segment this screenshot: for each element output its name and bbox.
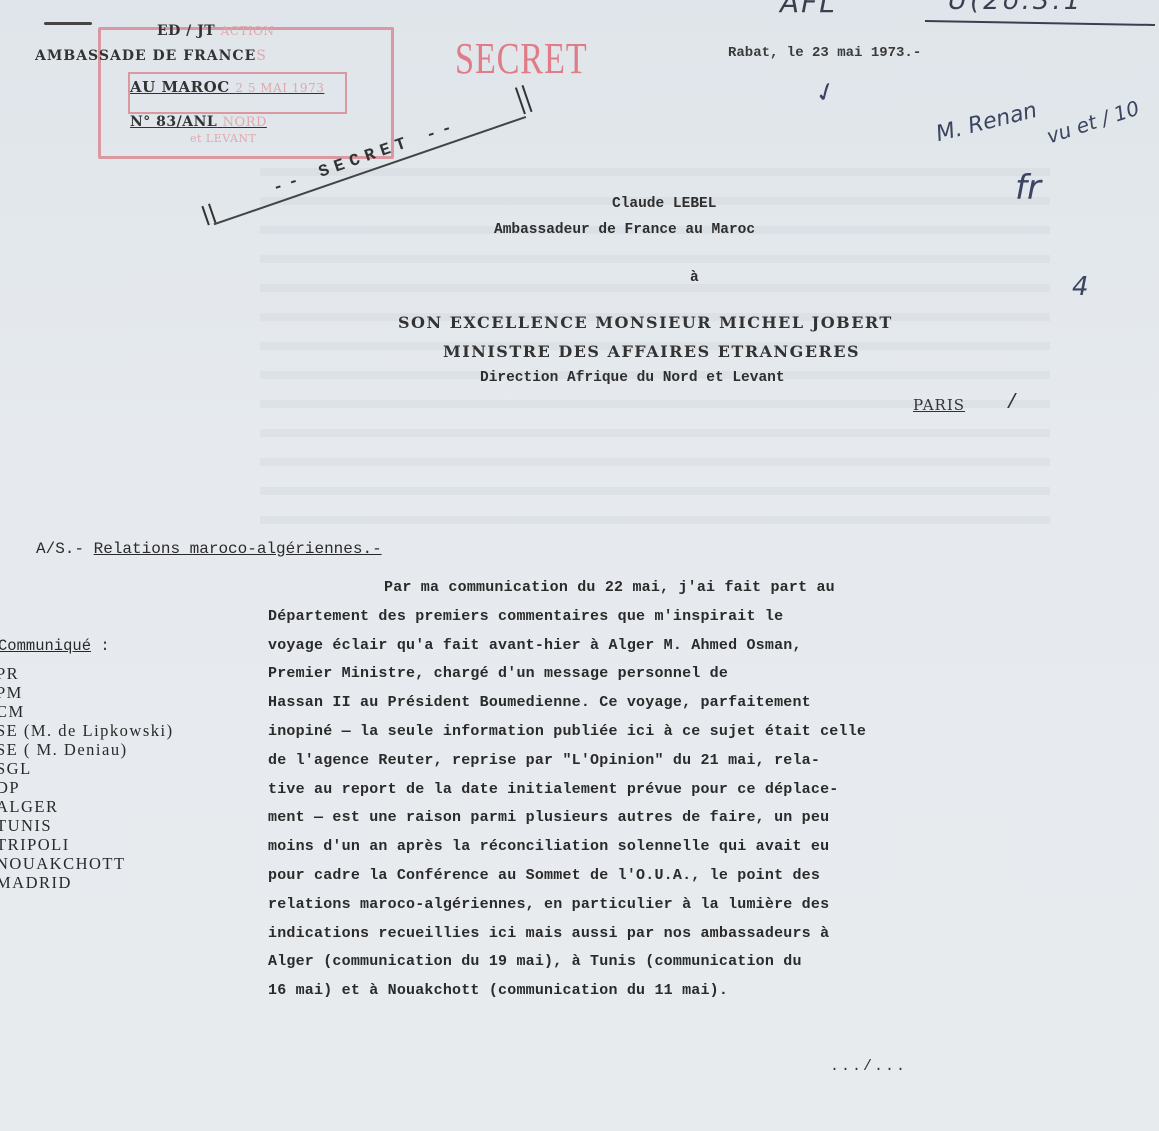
body-paragraph: Par ma communication du 22 mai, j'ai fai… — [268, 574, 1048, 1006]
bar-mark-right — [515, 85, 533, 114]
secret-stamp: SECRET — [455, 33, 587, 84]
recipient-city: PARIS — [913, 396, 965, 414]
stamp-embassy: AMBASSADE DE FRANCES — [35, 48, 267, 64]
bar-mark-left — [201, 204, 216, 226]
body-line: pour cadre la Conférence au Sommet de l'… — [268, 862, 1048, 891]
distribution-item: PR — [0, 664, 174, 683]
continuation-mark: .../... — [830, 1058, 907, 1075]
subject-line: A/S.- Relations maroco-algériennes.- — [36, 540, 382, 558]
distribution-item: SGL — [0, 759, 174, 778]
body-line: tive au report de la date initialement p… — [268, 776, 1048, 805]
body-line: relations maroco-algériennes, en particu… — [268, 891, 1048, 920]
distribution-item: MADRID — [0, 873, 174, 892]
distribution-item: SE (M. de Lipkowski) — [0, 721, 174, 740]
distribution-item: ALGER — [0, 797, 174, 816]
distribution-item: PM — [0, 683, 174, 702]
stamp-initials: ED / JT ACTION — [157, 23, 275, 39]
distribution-title: Communiqué : — [0, 637, 110, 655]
distribution-list: PRPMCMSE (M. de Lipkowski)SE ( M. Deniau… — [0, 664, 174, 892]
stamp-direction: et LEVANT — [190, 132, 256, 145]
stamp-country: AU MAROC 2 5 MAI 1973 — [130, 78, 324, 96]
handwritten-underline — [925, 20, 1155, 26]
place-date: Rabat, le 23 mai 1973.- — [728, 45, 921, 61]
body-line: 16 mai) et à Nouakchott (communication d… — [268, 977, 1048, 1006]
stamp-number: N° 83/ANL NORD — [130, 114, 267, 130]
body-line: Alger (communication du 19 mai), à Tunis… — [268, 948, 1048, 977]
handwritten-check-mark: ✓ — [811, 75, 842, 111]
dash-mark — [44, 22, 92, 25]
handwritten-reference-right: U(2o.3.1 — [948, 0, 1083, 16]
handwritten-note: M. Renan — [934, 98, 1040, 147]
handwritten-number: 4 — [1072, 272, 1089, 302]
subject-text: Relations maroco-algériennes.- — [94, 540, 382, 558]
distribution-item: NOUAKCHOTT — [0, 854, 174, 873]
body-line: de l'agence Reuter, reprise par "L'Opini… — [268, 747, 1048, 776]
distribution-item: TUNIS — [0, 816, 174, 835]
distribution-item: DP — [0, 778, 174, 797]
slash-mark: / — [1006, 392, 1018, 415]
document-page: AFL U(2o.3.1 ED / JT ACTION AMBASSADE DE… — [0, 0, 1159, 1131]
body-line: inopiné — la seule information publiée i… — [268, 718, 1048, 747]
body-line: Par ma communication du 22 mai, j'ai fai… — [268, 574, 1048, 603]
body-line: ment — est une raison parmi plusieurs au… — [268, 804, 1048, 833]
recipient-line-3: Direction Afrique du Nord et Levant — [480, 370, 785, 386]
handwritten-reference-left: AFL — [780, 0, 837, 19]
recipient-line-2: MINISTRE DES AFFAIRES ETRANGERES — [443, 342, 860, 361]
distribution-item: SE ( M. Deniau) — [0, 740, 174, 759]
distribution-item: CM — [0, 702, 174, 721]
body-line: Hassan II au Président Boumedienne. Ce v… — [268, 689, 1048, 718]
recipient-line-1: SON EXCELLENCE MONSIEUR MICHEL JOBERT — [398, 313, 893, 332]
sender-title: Ambassadeur de France au Maroc — [494, 222, 755, 238]
body-line: voyage éclair qu'a fait avant-hier à Alg… — [268, 632, 1048, 661]
body-line: Premier Ministre, chargé d'un message pe… — [268, 660, 1048, 689]
body-line: indications recueillies ici mais aussi p… — [268, 920, 1048, 949]
body-line: moins d'un an après la réconciliation so… — [268, 833, 1048, 862]
body-line: Département des premiers commentaires qu… — [268, 603, 1048, 632]
sender-name: Claude LEBEL — [612, 196, 716, 212]
to-word: à — [690, 270, 699, 286]
handwritten-note-2: vu et / 10 — [1044, 96, 1143, 148]
distribution-item: TRIPOLI — [0, 835, 174, 854]
handwritten-initials: fr — [1015, 168, 1041, 208]
